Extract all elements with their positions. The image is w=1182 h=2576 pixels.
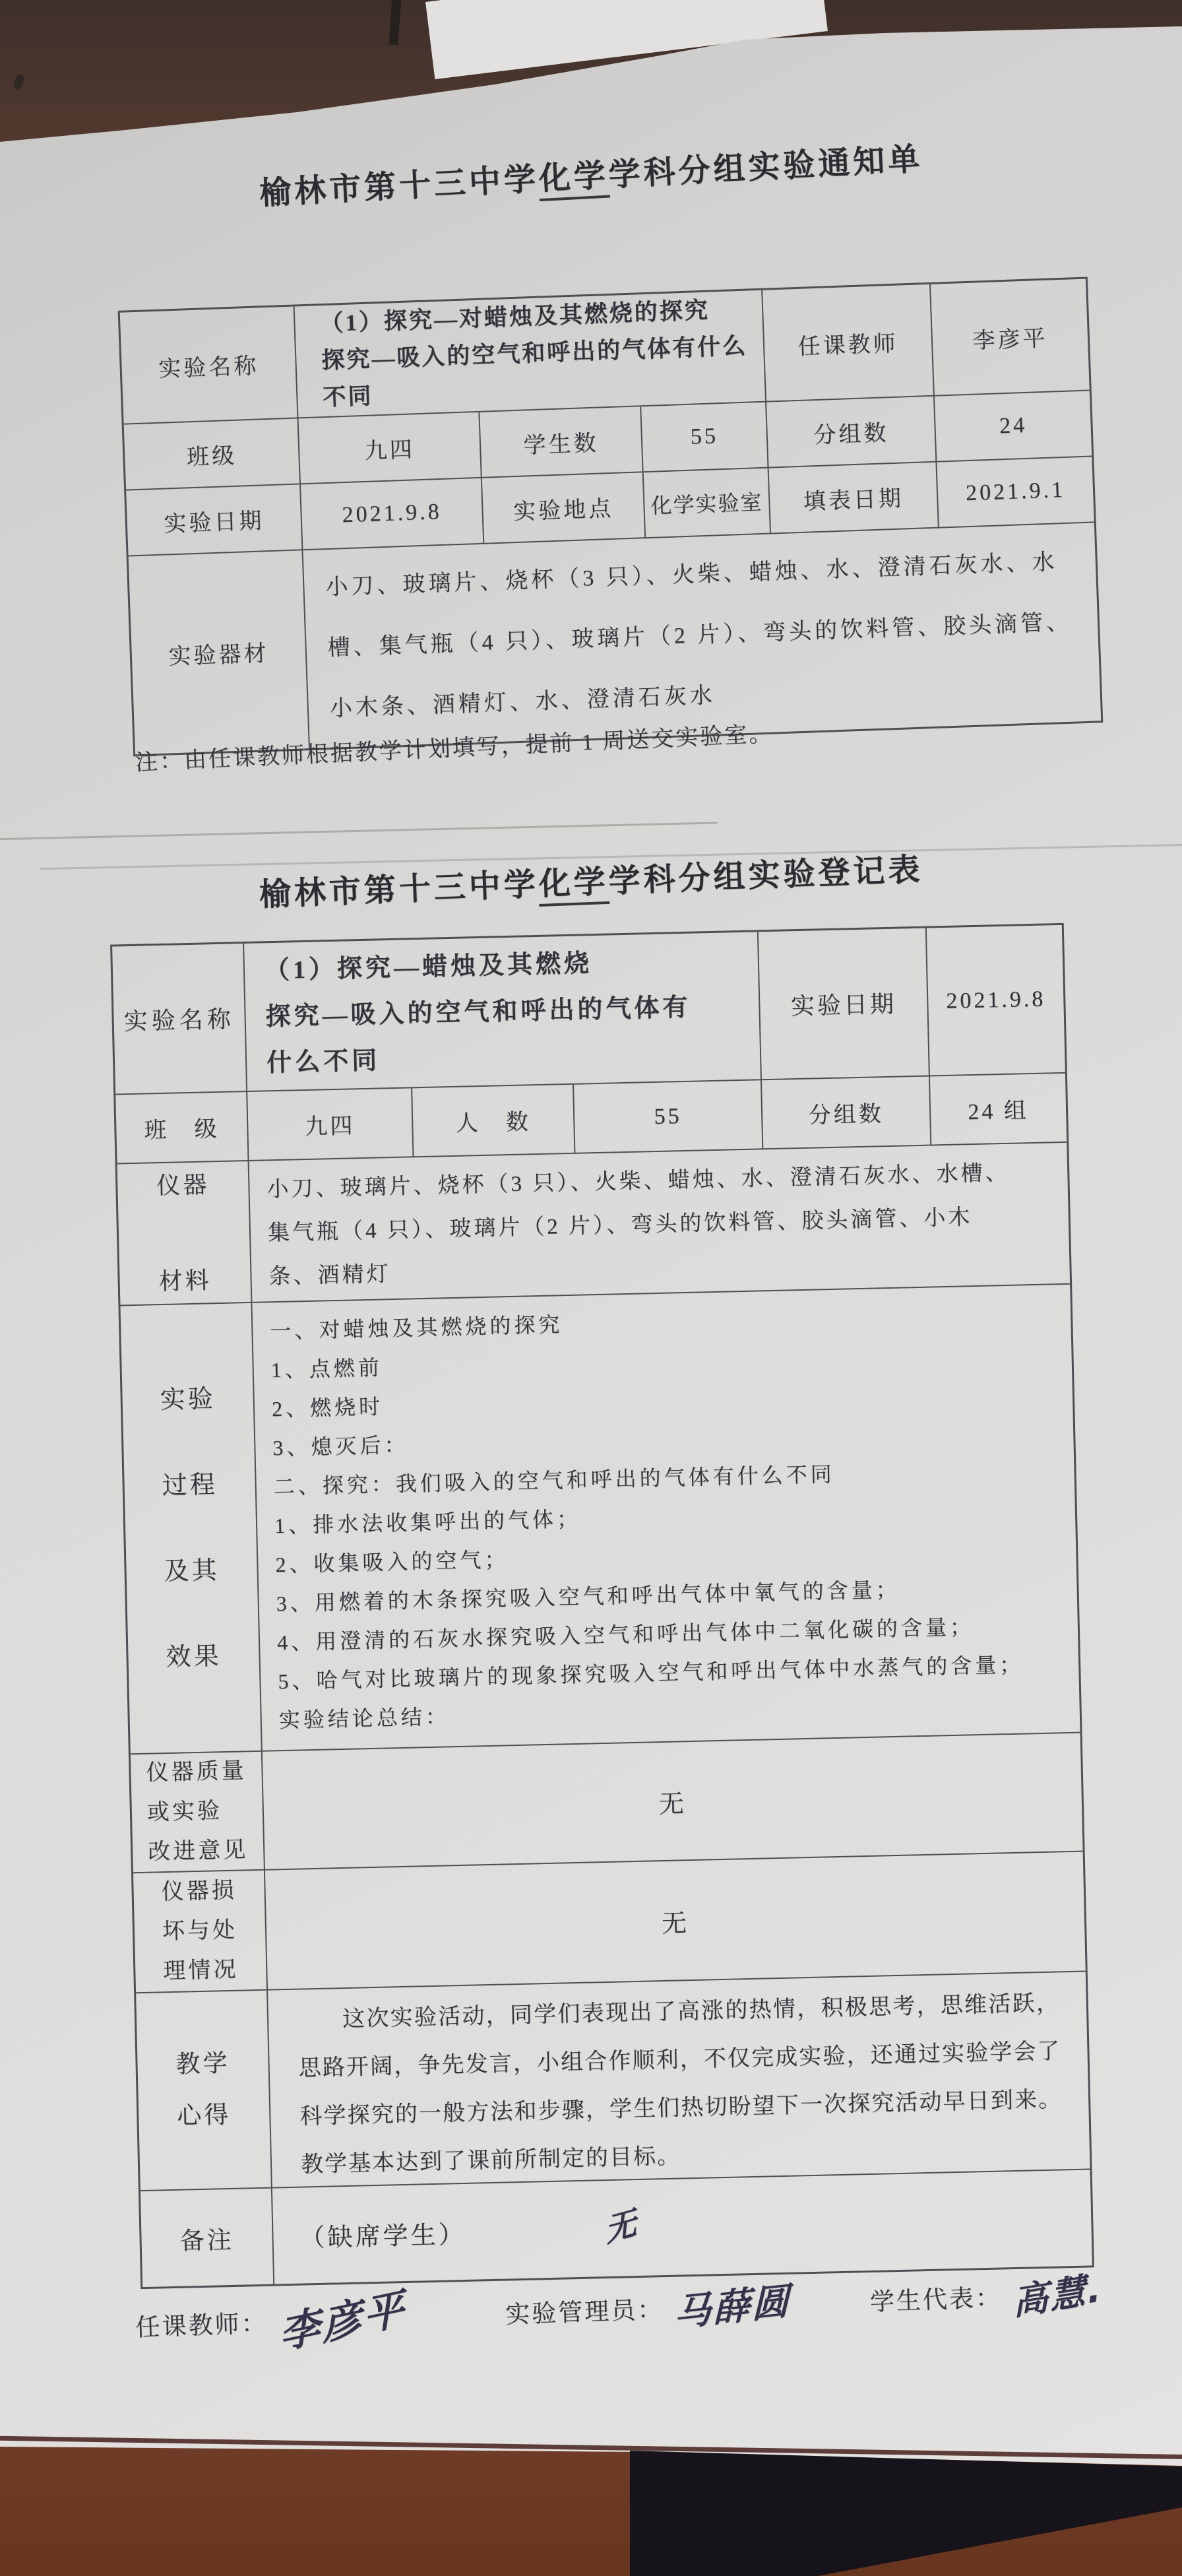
cell-damage-value: 无 xyxy=(265,1852,1086,1991)
cell-date-value: 2021.9.8 xyxy=(301,478,484,551)
cell-experiment-name-label: 实验名称 xyxy=(120,307,299,425)
manager-signature: 马薛圆 xyxy=(674,2272,790,2337)
cell-apparatus-label: 仪器 材料 xyxy=(117,1161,253,1306)
title-underlined-subject: 化学 xyxy=(538,158,609,201)
cell-reflection-label: 教学 心得 xyxy=(136,1991,272,2191)
cell-equipment-label: 实验器材 xyxy=(129,550,310,754)
student-signature-label: 学生代表： xyxy=(869,2277,1003,2317)
cell-groups-label: 分组数 xyxy=(766,397,937,468)
cell-apparatus-value: 小刀、玻璃片、烧杯（3 只）、火柴、蜡烛、水、澄清石灰水、水槽、 集气瓶（4 只… xyxy=(249,1143,1071,1303)
cell-experiment-name-value: （1）探究—对蜡烛及其燃烧的探究 探究—吸入的空气和呼出的气体有什么 不同 xyxy=(295,290,767,419)
cell-filldate-value: 2021.9.1 xyxy=(937,457,1094,528)
background-dark-sliver xyxy=(389,0,401,45)
student-signature: 高慧. xyxy=(1011,2260,1104,2325)
cell-count-label: 人 数 xyxy=(412,1085,575,1158)
cell-reflection-value: 这次实验活动，同学们表现出了高涨的热情，积极思考，思维活跃，思路开阔，争先发言，… xyxy=(268,1972,1090,2189)
cell-class-value: 九四 xyxy=(299,412,482,485)
paper-speck xyxy=(12,73,26,90)
cell-quality-label: 仪器质量 或实验 改进意见 xyxy=(131,1752,265,1873)
notice-table: 实验名称 （1）探究—对蜡烛及其燃烧的探究 探究—吸入的空气和呼出的气体有什么 … xyxy=(118,277,1104,757)
cell-remarks-label: 备注 xyxy=(140,2189,274,2288)
cell-class-value: 九四 xyxy=(247,1088,414,1161)
cell-groups-value: 24 组 xyxy=(930,1074,1067,1146)
remarks-handwritten-none: 无 xyxy=(602,2197,641,2251)
cell-location-label: 实验地点 xyxy=(482,472,646,544)
cell-experiment-name-label: 实验名称 xyxy=(112,944,247,1095)
cell-process-label: 实验 过程 及其 效果 xyxy=(120,1303,262,1755)
cell-date-label: 实验日期 xyxy=(759,928,930,1081)
cell-teacher-label: 任课教师 xyxy=(762,284,935,402)
remarks-printed-text: （缺席学生） xyxy=(299,2214,466,2254)
cell-quality-value: 无 xyxy=(263,1733,1083,1871)
cell-count-value: 55 xyxy=(574,1080,763,1153)
manager-signature-label: 实验管理员： xyxy=(505,2289,664,2330)
title-underlined-subject: 化学 xyxy=(538,864,609,907)
cell-groups-label: 分组数 xyxy=(762,1077,931,1150)
registration-table: 实验名称 （1）探究—蜡烛及其燃烧 探究—吸入的空气和呼出的气体有 什么不同 实… xyxy=(110,923,1094,2289)
cell-teacher-value: 李彦平 xyxy=(931,279,1090,397)
cell-damage-label: 仪器损 坏与处 理情况 xyxy=(133,1871,268,1993)
cell-groups-value: 24 xyxy=(935,391,1092,463)
cell-students-label: 学生数 xyxy=(480,406,643,478)
photo-canvas: 榆林市第十三中学化学学科分组实验通知单 实验名称 （1）探究—对蜡烛及其燃烧的探… xyxy=(0,0,1182,2576)
teacher-signature-label: 任课教师： xyxy=(135,2303,268,2343)
cell-students-value: 55 xyxy=(641,402,768,473)
cell-date-value: 2021.9.8 xyxy=(927,925,1065,1077)
cell-process-value: 一、对蜡烛及其燃烧的探究 1、点燃前 2、燃烧时 3、熄灭后： 二、探究：我们吸… xyxy=(252,1285,1080,1752)
desk-dark-object xyxy=(630,2449,1182,2576)
cell-filldate-label: 填表日期 xyxy=(769,463,939,534)
cell-class-label: 班级 xyxy=(124,418,301,490)
cell-experiment-name-value: （1）探究—蜡烛及其燃烧 探究—吸入的空气和呼出的气体有 什么不同 xyxy=(244,932,762,1092)
cell-location-value: 化学实验室 xyxy=(644,468,771,539)
cell-date-label: 实验日期 xyxy=(126,484,303,556)
